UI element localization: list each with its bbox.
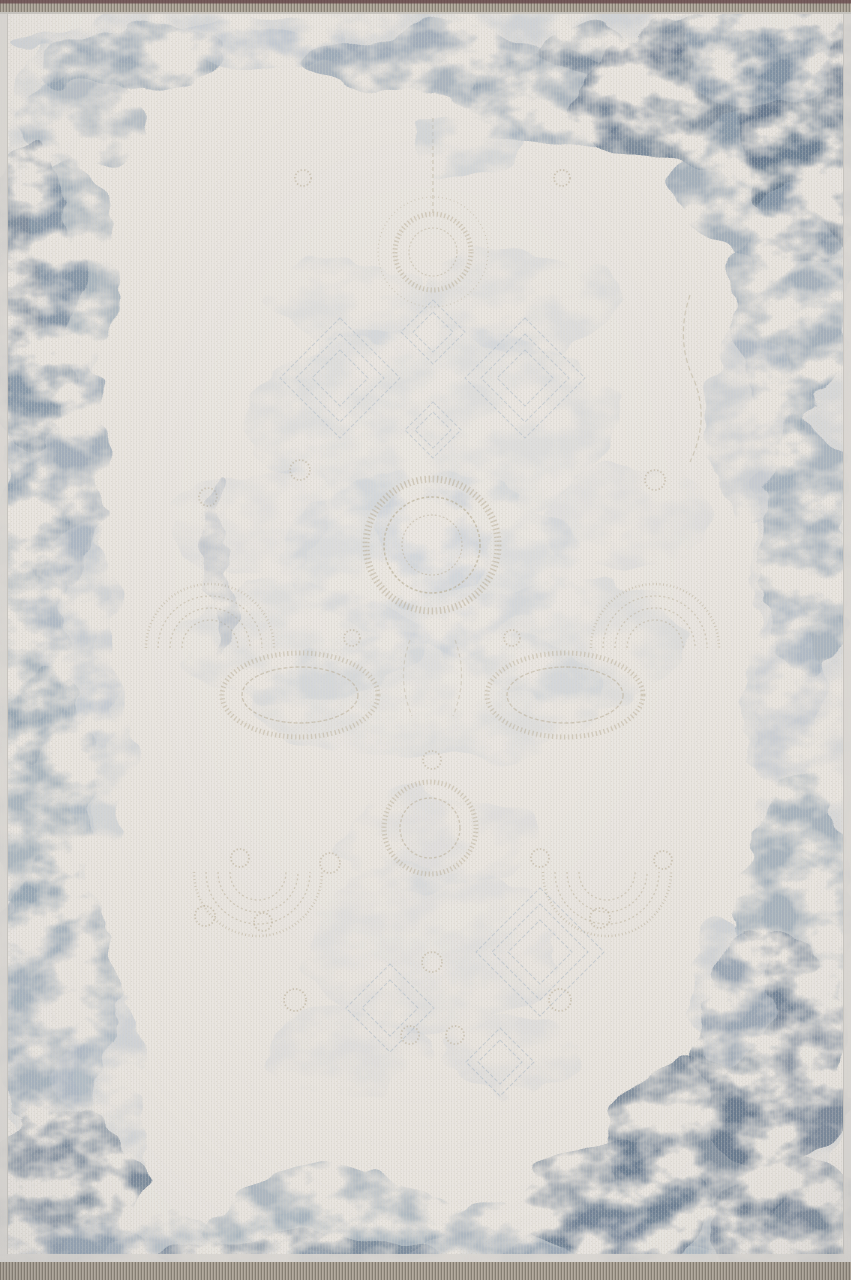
photo-vignette bbox=[0, 0, 851, 1280]
rug-photo bbox=[0, 0, 851, 1280]
rug-image bbox=[0, 0, 851, 1280]
